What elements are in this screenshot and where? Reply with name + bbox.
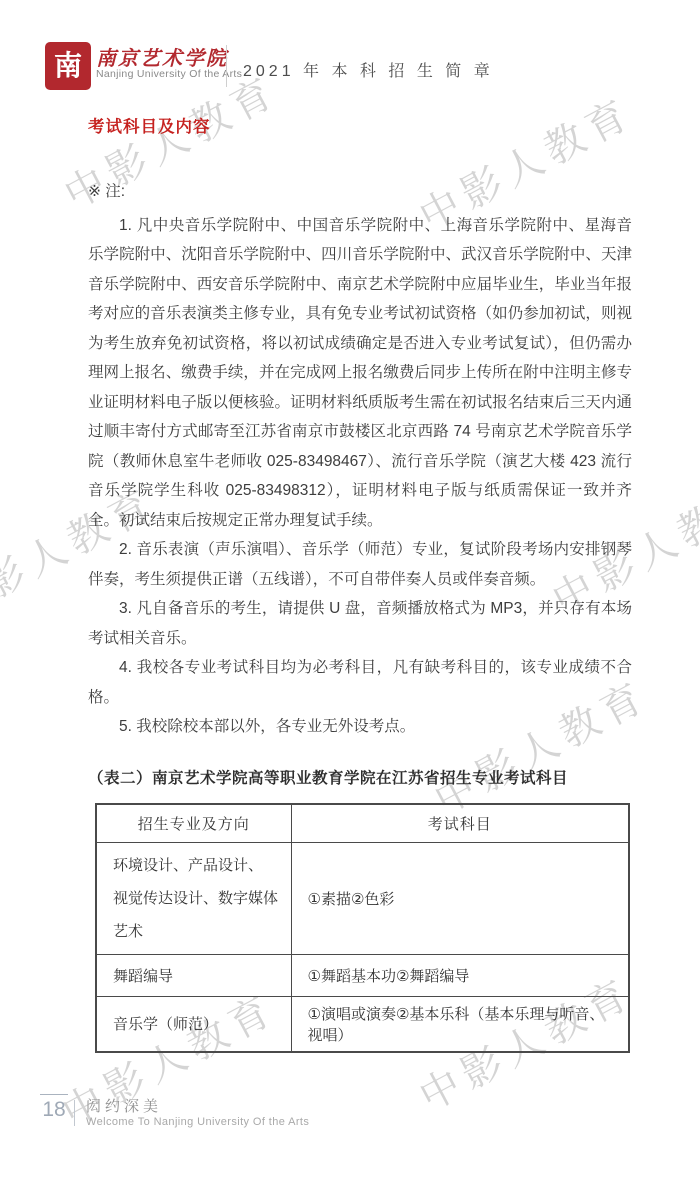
document-title: 2021 年 本 科 招 生 简 章 [243,58,494,81]
note-paragraph-3: 3. 凡自备音乐的考生，请提供 U 盘，音频播放格式为 MP3，并只存有本场考试… [88,594,632,653]
table-row: 音乐学（师范） ①演唱或演奏②基本乐科（基本乐理与听音、视唱） [96,996,629,1052]
notes-block: ※ 注: 1. 凡中央音乐学院附中、中国音乐学院附中、上海音乐学院附中、星海音乐… [88,177,632,742]
university-logo: 南 [45,42,91,90]
note-label: ※ 注: [88,177,632,207]
footer-divider [74,1100,75,1126]
major-line: 视觉传达设计、数字媒体艺术 [113,882,281,948]
subjects-cell: ①舞蹈基本功②舞蹈编导 [291,954,629,996]
subjects-cell: ①演唱或演奏②基本乐科（基本乐理与听音、视唱） [291,996,629,1052]
exam-subjects-table: 招生专业及方向 考试科目 环境设计、产品设计、 视觉传达设计、数字媒体艺术 ①素… [95,803,630,1053]
subjects-cell: ①素描②色彩 [291,842,629,954]
note-paragraph-4: 4. 我校各专业考试科目均为必考科目，凡有缺考科目的，该专业成绩不合格。 [88,653,632,712]
note-paragraph-2: 2. 音乐表演（声乐演唱）、音乐学（师范）专业，复试阶段考场内安排钢琴伴奏，考生… [88,535,632,594]
logo-seal-icon: 南 [54,52,82,80]
page-number: 18 [40,1094,68,1122]
school-name-en: Nanjing University Of the Arts [96,68,242,80]
welcome-text: Welcome To Nanjing University Of the Art… [86,1116,309,1128]
table-row: 环境设计、产品设计、 视觉传达设计、数字媒体艺术 ①素描②色彩 [96,842,629,954]
table-header-row: 招生专业及方向 考试科目 [96,804,629,842]
column-header-subjects: 考试科目 [291,804,629,842]
major-line: 环境设计、产品设计、 [113,849,281,882]
table-caption: （表二）南京艺术学院高等职业教育学院在江苏省招生专业考试科目 [88,766,568,788]
header-divider [226,45,227,87]
motto: 闳约深美 [86,1095,162,1116]
school-name-cn: 南京艺术学院 [96,42,228,71]
column-header-major: 招生专业及方向 [96,804,291,842]
note-paragraph-5: 5. 我校除校本部以外，各专业无外设考点。 [88,712,632,742]
document-page: 中影人教育 中影人教育 中影人教育 中影人教育 中影人教育 中影人教育 中影人教… [0,0,700,1178]
page-header: 南 南京艺术学院 Nanjing University Of the Arts … [0,0,700,100]
note-paragraph-1: 1. 凡中央音乐学院附中、中国音乐学院附中、上海音乐学院附中、星海音乐学院附中、… [88,211,632,536]
major-cell: 环境设计、产品设计、 视觉传达设计、数字媒体艺术 [96,842,291,954]
major-cell: 舞蹈编导 [96,954,291,996]
major-cell: 音乐学（师范） [96,996,291,1052]
page-footer: 18 闳约深美 Welcome To Nanjing University Of… [0,1088,700,1148]
table-row: 舞蹈编导 ①舞蹈基本功②舞蹈编导 [96,954,629,996]
section-title: 考试科目及内容 [88,113,211,137]
